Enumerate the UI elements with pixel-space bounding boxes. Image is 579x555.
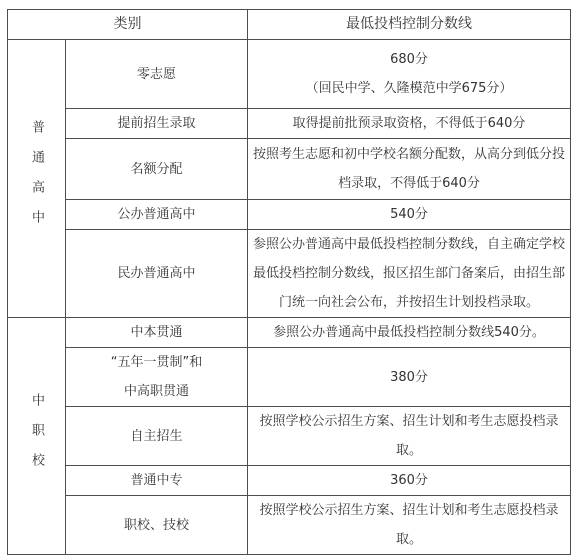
admission-score-table: 类别 最低投档控制分数线 普通高中 零志愿 680分 （回民中学、久隆模范中学6… xyxy=(7,9,571,555)
row-value-zero-choice: 680分 （回民中学、久隆模范中学675分） xyxy=(248,40,571,109)
table-row-public-high: 公办普通高中 540分 xyxy=(8,200,571,230)
row-label-independent-enrollment: 自主招生 xyxy=(66,407,248,466)
row-value-early-admission: 取得提前批预录取资格，不得低于640分 xyxy=(248,109,571,139)
row-value-independent-enrollment: 按照学校公示招生方案、招生计划和考生志愿投档录取。 xyxy=(248,407,571,466)
row-label-zero-choice: 零志愿 xyxy=(66,40,248,109)
row-label-quota-allocation: 名额分配 xyxy=(66,139,248,200)
row-label-regular-secondary: 普通中专 xyxy=(66,466,248,496)
row-value-vocational-technical: 按照学校公示招生方案、招生计划和考生志愿投档录取。 xyxy=(248,496,571,555)
group-label-regular-high-school: 普通高中 xyxy=(8,40,66,318)
table-row-quota-allocation: 名额分配 按照考生志愿和初中学校名额分配数，从高分到低分投档录取，不得低于640… xyxy=(8,139,571,200)
row-value-five-year-program: 380分 xyxy=(248,348,571,407)
header-row: 类别 最低投档控制分数线 xyxy=(8,10,571,40)
group-label-text: 中职校 xyxy=(22,379,51,483)
header-score-line: 最低投档控制分数线 xyxy=(248,10,571,40)
row-value-quota-allocation: 按照考生志愿和初中学校名额分配数，从高分到低分投档录取，不得低于640分 xyxy=(248,139,571,200)
row-label-secondary-to-bachelor: 中本贯通 xyxy=(66,318,248,348)
row-label-five-year-program: “五年一贯制”和 中高职贯通 xyxy=(66,348,248,407)
table-row-regular-secondary: 普通中专 360分 xyxy=(8,466,571,496)
row-value-secondary-to-bachelor: 参照公办普通高中最低投档控制分数线540分。 xyxy=(248,318,571,348)
row-label-public-high: 公办普通高中 xyxy=(66,200,248,230)
row-value-private-high: 参照公办普通高中最低投档控制分数线，自主确定学校最低投档控制分数线，报区招生部门… xyxy=(248,230,571,318)
table-row-secondary-to-bachelor: 中职校 中本贯通 参照公办普通高中最低投档控制分数线540分。 xyxy=(8,318,571,348)
row-label-private-high: 民办普通高中 xyxy=(66,230,248,318)
row-label-vocational-technical: 职校、技校 xyxy=(66,496,248,555)
table-row-vocational-technical: 职校、技校 按照学校公示招生方案、招生计划和考生志愿投档录取。 xyxy=(8,496,571,555)
header-category: 类别 xyxy=(8,10,248,40)
table-row-zero-choice: 普通高中 零志愿 680分 （回民中学、久隆模范中学675分） xyxy=(8,40,571,109)
row-value-regular-secondary: 360分 xyxy=(248,466,571,496)
row-label-early-admission: 提前招生录取 xyxy=(66,109,248,139)
group-label-vocational-school: 中职校 xyxy=(8,318,66,555)
table-row-private-high: 民办普通高中 参照公办普通高中最低投档控制分数线，自主确定学校最低投档控制分数线… xyxy=(8,230,571,318)
table-row-independent-enrollment: 自主招生 按照学校公示招生方案、招生计划和考生志愿投档录取。 xyxy=(8,407,571,466)
table-row-early-admission: 提前招生录取 取得提前批预录取资格，不得低于640分 xyxy=(8,109,571,139)
group-label-text: 普通高中 xyxy=(22,106,51,240)
row-value-public-high: 540分 xyxy=(248,200,571,230)
table-row-five-year-program: “五年一贯制”和 中高职贯通 380分 xyxy=(8,348,571,407)
